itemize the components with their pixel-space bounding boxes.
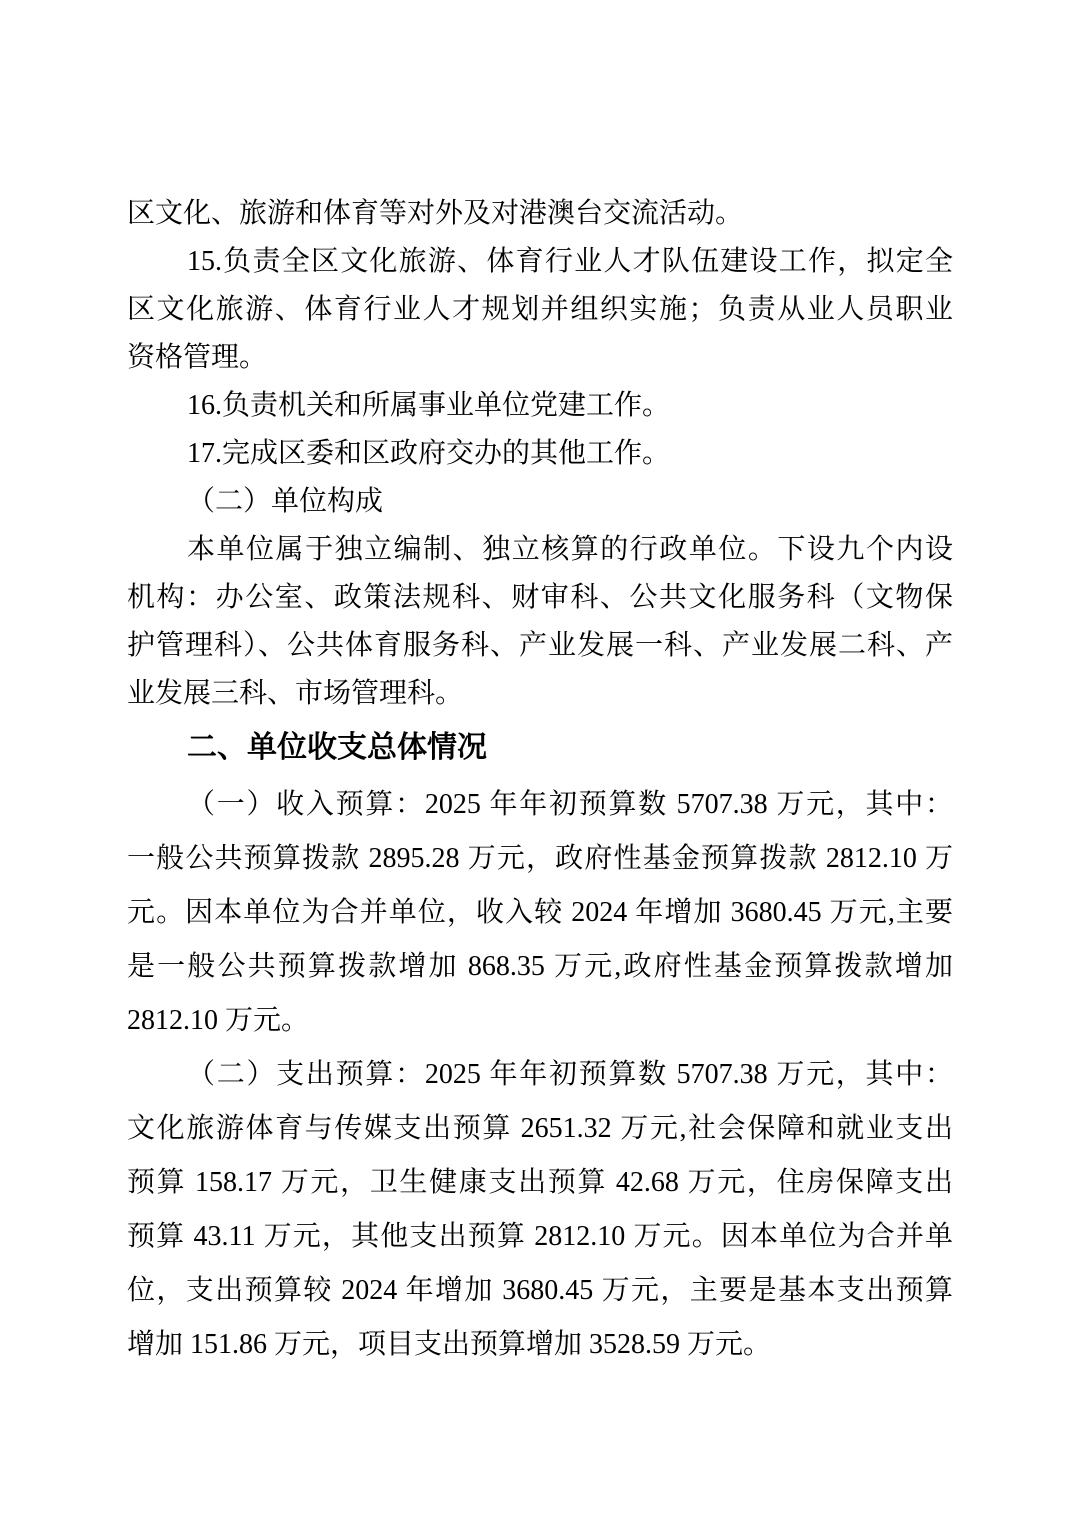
unit-composition-line3: 护管理科）、公共体育服务科、产业发展一科、产业发展二科、产 [127,622,953,670]
expenditure-paragraph-line1: （二）支出预算：2025 年年初预算数 5707.38 万元，其中： [127,1048,953,1102]
expenditure-paragraph-line2: 文化旅游体育与传媒支出预算 2651.32 万元,社会保障和就业支出 [127,1102,953,1156]
document-page: 区文化、旅游和体育等对外及对港澳台交流活动。 15.负责全区文化旅游、体育行业人… [0,0,1074,1520]
unit-composition-line2: 机构：办公室、政策法规科、财审科、公共文化服务科（文物保 [127,574,953,622]
unit-composition-heading: （二）单位构成 [127,478,953,526]
income-paragraph-line3: 元。因本单位为合并单位，收入较 2024 年增加 3680.45 万元,主要 [127,886,953,940]
income-paragraph-line5: 2812.10 万元。 [127,994,953,1048]
income-paragraph-line4: 是一般公共预算拨款增加 868.35 万元,政府性基金预算拨款增加 [127,940,953,994]
expenditure-paragraph-line6: 增加 151.86 万元，项目支出预算增加 3528.59 万元。 [127,1318,953,1372]
expenditure-paragraph-line5: 位，支出预算较 2024 年增加 3680.45 万元，主要是基本支出预算 [127,1264,953,1318]
duties-item15-line3: 资格管理。 [127,334,953,382]
expenditure-paragraph-line4: 预算 43.11 万元，其他支出预算 2812.10 万元。因本单位为合并单 [127,1210,953,1264]
income-paragraph-line2: 一般公共预算拨款 2895.28 万元，政府性基金预算拨款 2812.10 万 [127,832,953,886]
duties-item15-line2: 区文化旅游、体育行业人才规划并组织实施；负责从业人员职业 [127,286,953,334]
duties-item15-line1: 15.负责全区文化旅游、体育行业人才队伍建设工作，拟定全 [127,238,953,286]
revenue-expenditure-heading: 二、单位收支总体情况 [127,724,953,772]
unit-composition-line4: 业发展三科、市场管理科。 [127,670,953,718]
expenditure-paragraph-line3: 预算 158.17 万元，卫生健康支出预算 42.68 万元，住房保障支出 [127,1156,953,1210]
duties-item16: 16.负责机关和所属事业单位党建工作。 [127,382,953,430]
duties-item17: 17.完成区委和区政府交办的其他工作。 [127,430,953,478]
unit-composition-line1: 本单位属于独立编制、独立核算的行政单位。下设九个内设 [127,526,953,574]
duties-item14-tail: 区文化、旅游和体育等对外及对港澳台交流活动。 [127,190,953,238]
income-paragraph-line1: （一）收入预算：2025 年年初预算数 5707.38 万元，其中： [127,778,953,832]
